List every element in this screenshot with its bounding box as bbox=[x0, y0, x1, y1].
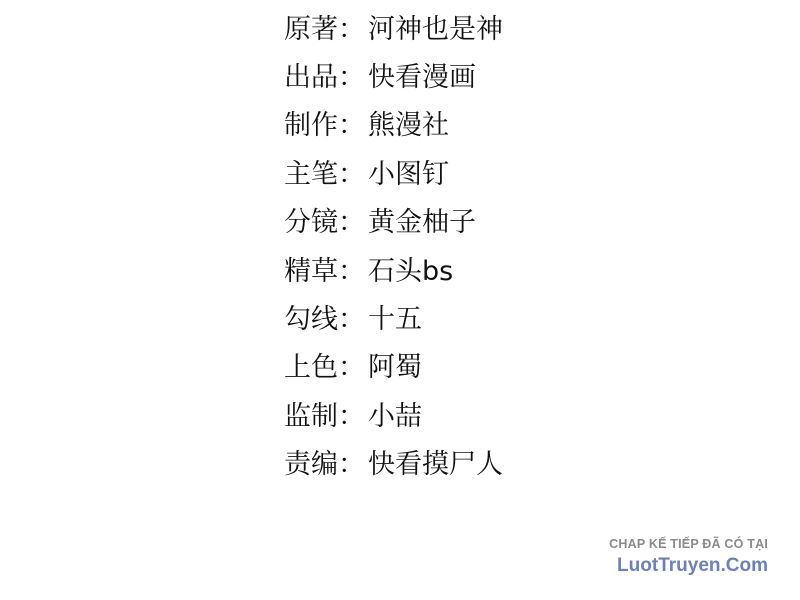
credit-row-supervisor: 监制：小喆 bbox=[284, 389, 503, 437]
credit-name: 小喆 bbox=[368, 394, 422, 433]
credit-separator: ： bbox=[338, 442, 368, 481]
credit-role: 出品 bbox=[284, 55, 338, 94]
credit-role: 原著 bbox=[284, 7, 338, 46]
credit-role: 制作 bbox=[284, 103, 338, 142]
credit-name: 阿蜀 bbox=[368, 345, 422, 384]
credit-row-coloring: 上色：阿蜀 bbox=[284, 341, 503, 389]
credit-separator: ： bbox=[338, 55, 368, 94]
credit-role: 精草 bbox=[284, 249, 338, 288]
credit-name: 快看漫画 bbox=[368, 55, 476, 94]
credit-row-storyboard: 分镜：黄金柚子 bbox=[284, 196, 503, 244]
credit-name: 快看摸尸人 bbox=[368, 442, 503, 481]
credit-name: 熊漫社 bbox=[368, 103, 449, 142]
watermark-site-name: LuotTruyen.Com bbox=[609, 554, 768, 578]
credit-role: 勾线 bbox=[284, 297, 338, 336]
credit-separator: ： bbox=[338, 152, 368, 191]
credit-role: 责编 bbox=[284, 442, 338, 481]
credit-row-production: 制作：熊漫社 bbox=[284, 99, 503, 147]
credit-separator: ： bbox=[338, 297, 368, 336]
credit-separator: ： bbox=[338, 345, 368, 384]
credit-separator: ： bbox=[338, 249, 368, 288]
credit-name: 黄金柚子 bbox=[368, 200, 476, 239]
credit-role: 主笔 bbox=[284, 152, 338, 191]
credit-name: 十五 bbox=[368, 297, 422, 336]
credit-row-line-art: 勾线：十五 bbox=[284, 292, 503, 340]
site-watermark: CHAP KẾ TIẾP ĐÃ CÓ TẠI LuotTruyen.Com bbox=[609, 536, 768, 578]
credit-row-original-author: 原著：河神也是神 bbox=[284, 2, 503, 50]
credit-row-rough-sketch: 精草：石头bs bbox=[284, 244, 503, 292]
credit-separator: ： bbox=[338, 103, 368, 142]
credit-name: 河神也是神 bbox=[368, 7, 503, 46]
credit-role: 上色 bbox=[284, 345, 338, 384]
watermark-tagline: CHAP KẾ TIẾP ĐÃ CÓ TẠI bbox=[609, 536, 768, 552]
credit-name: 石头bs bbox=[368, 249, 453, 288]
credit-role: 监制 bbox=[284, 394, 338, 433]
credits-list: 原著：河神也是神 出品：快看漫画 制作：熊漫社 主笔：小图钉 分镜：黄金柚子 精… bbox=[284, 2, 503, 486]
credit-name: 小图钉 bbox=[368, 152, 449, 191]
credit-separator: ： bbox=[338, 394, 368, 433]
credit-separator: ： bbox=[338, 7, 368, 46]
credit-role: 分镜 bbox=[284, 200, 338, 239]
credit-row-lead-artist: 主笔：小图钉 bbox=[284, 147, 503, 195]
credit-row-publisher: 出品：快看漫画 bbox=[284, 50, 503, 98]
credit-separator: ： bbox=[338, 200, 368, 239]
credit-row-editor: 责编：快看摸尸人 bbox=[284, 438, 503, 486]
